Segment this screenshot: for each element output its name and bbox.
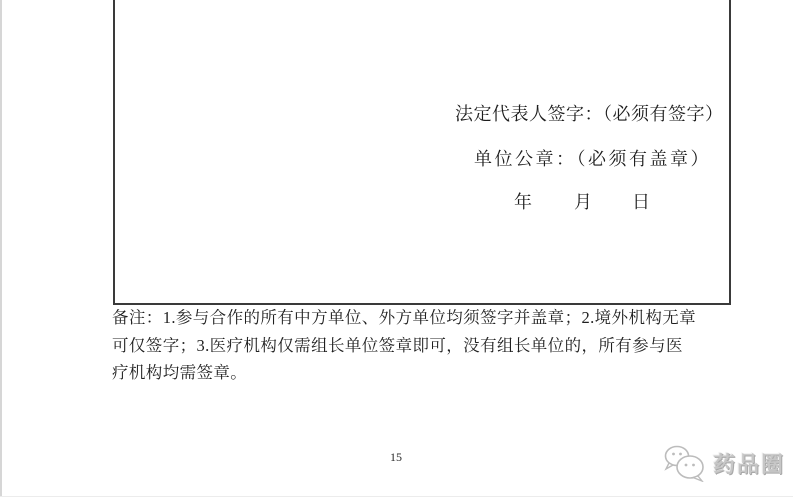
document-page: 法定代表人签字：（必须有签字） 单位公章：（必须有盖章） 年 月 日 备注：1.… — [0, 0, 793, 497]
page-number: 15 — [371, 450, 421, 465]
date-day-label: 日 — [632, 188, 650, 214]
wechat-icon — [663, 444, 705, 482]
date-month-label: 月 — [574, 188, 592, 214]
notes-line-3: 疗机构均需签章。 — [112, 359, 697, 387]
company-seal-line: 单位公章：（必须有盖章） — [474, 145, 711, 171]
notes-line-2: 可仅签字；3.医疗机构仅需组长单位签章即可，没有组长单位的，所有参与医 — [112, 332, 697, 360]
notes-paragraph: 备注：1.参与合作的所有中方单位、外方单位均须签字并盖章；2.境外机构无章 可仅… — [112, 304, 697, 387]
page-left-edge — [0, 0, 2, 497]
date-line: 年 月 日 — [0, 188, 793, 212]
legal-representative-signature-line: 法定代表人签字：（必须有签字） — [455, 100, 724, 126]
watermark-brand-text: 药品圈 — [713, 448, 785, 479]
notes-line-1: 备注：1.参与合作的所有中方单位、外方单位均须签字并盖章；2.境外机构无章 — [112, 304, 697, 332]
watermark-badge: 药品圈 — [663, 444, 785, 482]
date-year-label: 年 — [514, 188, 532, 214]
